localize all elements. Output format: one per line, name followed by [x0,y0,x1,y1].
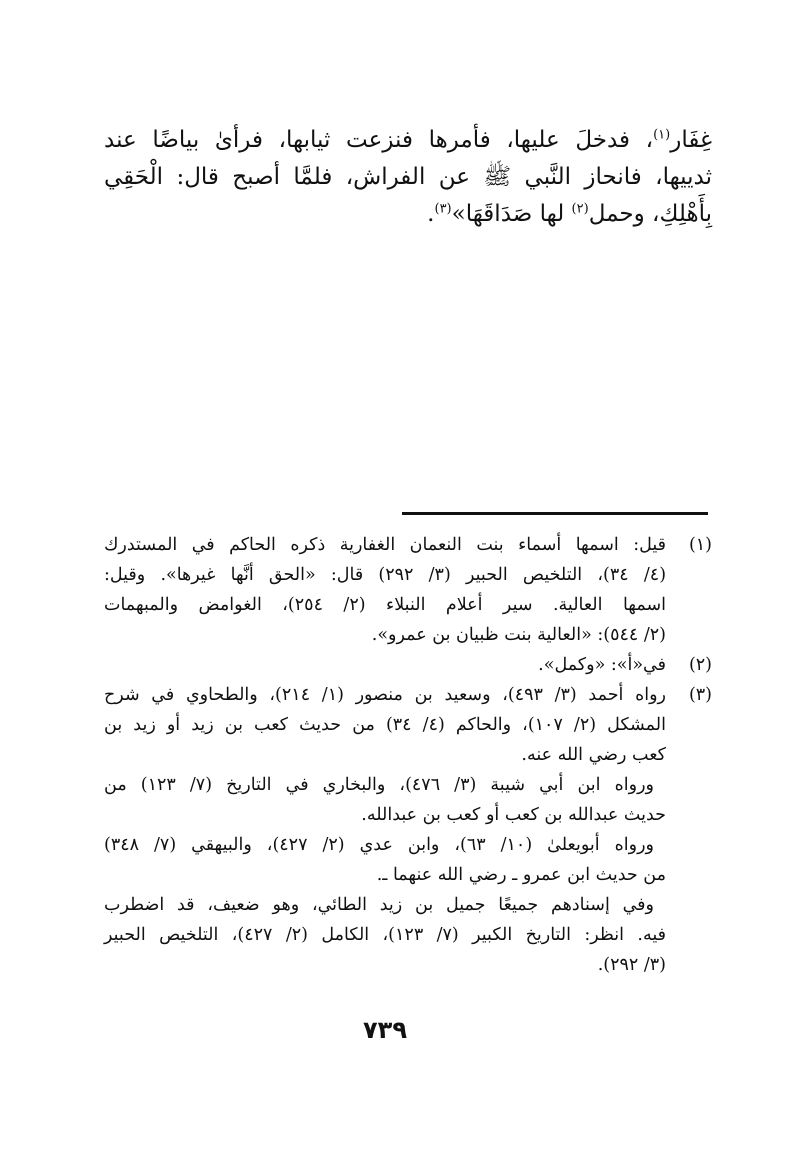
footnote-line: ورواه ابن أبي شيبة (٣/ ٤٧٦)، والبخاري في… [104,770,666,800]
book-page: غِفَار(١)، فدخلَ عليها، فأمرها فنزعت ثيا… [0,0,795,1166]
footnote-line: (٣/ ٢٩٢). [104,950,666,980]
main-text-fragment: ، فدخلَ عليها، فأمرها فنزعت ثيابها، فرأى… [104,127,653,153]
footnote-line: قيل: اسمها أسماء بنت النعمان الغفارية ذك… [104,530,666,560]
footnote-line: فيه. انظر: التاريخ الكبير (٧/ ١٢٣)، الكا… [104,920,666,950]
footnote-line: وفي إسنادهم جميعًا جميل بن زيد الطائي، و… [104,890,666,920]
main-text-line-2: ثدييها، فانحاز النَّبي ﷺ عن الفراش، فلمَ… [104,159,712,196]
footnote-line: من حديث ابن عمرو ـ رضي الله عنهما ـ. [104,860,666,890]
main-text-fragment: بِأَهْلِكِ، وحمل [589,201,712,227]
footnote-ref-3[interactable]: (٣) [434,201,451,216]
footnote-line: رواه أحمد (٣/ ٤٩٣)، وسعيد بن منصور (١/ ٢… [104,680,666,710]
footnote-number: (١) [676,530,712,560]
footnote-2: (٢) في«أ»: «وكمل». [104,650,712,680]
main-text: غِفَار(١)، فدخلَ عليها، فأمرها فنزعت ثيا… [104,122,712,233]
footnote-line: (٤/ ٣٤)، التلخيص الحبير (٣/ ٢٩٢) قال: «ا… [104,560,666,590]
footnote-separator [402,512,708,515]
footnote-number: (٢) [676,650,712,680]
main-text-fragment: غِفَار [670,127,712,153]
footnote-line: حديث عبدالله بن كعب أو كعب بن عبدالله. [104,800,666,830]
main-text-line-3: بِأَهْلِكِ، وحمل(٢) لها صَدَاقَهَا»(٣). [104,196,712,233]
main-text-fragment: لها صَدَاقَهَا» [452,201,572,227]
main-text-line-1: غِفَار(١)، فدخلَ عليها، فأمرها فنزعت ثيا… [104,122,712,159]
footnote-line: كعب رضي الله عنه. [104,740,666,770]
footnote-line: المشكل (٢/ ١٠٧)، والحاكم (٤/ ٣٤) من حديث… [104,710,666,740]
footnotes: (١) قيل: اسمها أسماء بنت النعمان الغفاري… [104,530,712,980]
footnote-number: (٣) [676,680,712,710]
footnote-line: في«أ»: «وكمل». [104,650,666,680]
footnote-3: (٣) رواه أحمد (٣/ ٤٩٣)، وسعيد بن منصور (… [104,680,712,980]
page-number: ٧٣٩ [340,1016,430,1044]
footnote-line: ورواه أبويعلىٰ (١٠/ ٦٣)، وابن عدي (٢/ ٤٢… [104,830,666,860]
footnote-line: (٢/ ٥٤٤): «العالية بنت ظبيان بن عمرو». [104,620,666,650]
footnote-ref-1[interactable]: (١) [653,127,670,142]
footnote-1: (١) قيل: اسمها أسماء بنت النعمان الغفاري… [104,530,712,650]
footnote-line: اسمها العالية. سير أعلام النبلاء (٢/ ٢٥٤… [104,590,666,620]
footnote-ref-2[interactable]: (٢) [572,201,589,216]
